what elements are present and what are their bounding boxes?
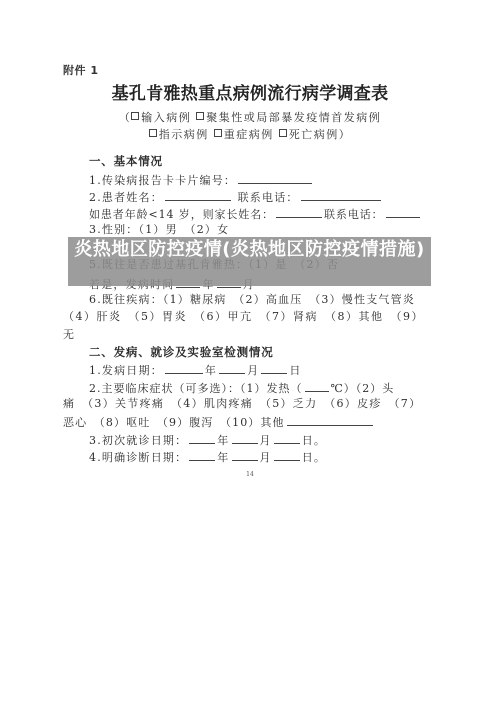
day-label: 日。 — [302, 451, 326, 464]
attachment-label: 附件 1 — [63, 64, 98, 78]
onset-date-day-field[interactable] — [261, 362, 287, 374]
overlay-banner-text: 炎热地区防控疫情(炎热地区防控疫情措施) — [74, 239, 424, 260]
checkbox-index-case[interactable] — [149, 129, 157, 137]
q6-prior-diseases-line-3: 无 — [63, 328, 75, 342]
overlay-banner: 炎热地区防控疫情(炎热地区防控疫情措施) — [68, 237, 431, 286]
case-type-line-2: 指示病例 重症病例 死亡病例） — [0, 128, 500, 142]
case-type-imported: 输入病例 — [141, 111, 191, 124]
symptoms-other-field[interactable] — [287, 414, 373, 426]
guardian-phone-field[interactable] — [386, 206, 420, 218]
guardian-name-field[interactable] — [276, 206, 322, 218]
first-visit-day-field[interactable] — [274, 432, 300, 444]
diagnosis-day-field[interactable] — [274, 449, 300, 461]
q2-symptoms-line-2: 痛 （3）关节疼痛 （4）肌肉疼痛 （5）乏力 （6）皮疹 （7） — [63, 397, 421, 411]
patient-phone-label: 联系电话： — [238, 191, 299, 204]
close-paren: ） — [339, 128, 352, 141]
diagnosis-month-field[interactable] — [232, 449, 258, 461]
checkbox-cluster-first-case[interactable] — [196, 112, 204, 120]
fever-unit-label: ℃）（2）头 — [331, 382, 395, 395]
page-title: 基孔肯雅热重点病例流行病学调查表 — [0, 84, 500, 104]
checkbox-severe-case[interactable] — [214, 129, 222, 137]
section-2-heading: 二、发病、就诊及实验室检测情况 — [89, 345, 274, 359]
case-type-death: 死亡病例 — [289, 128, 339, 141]
q2-minor-guardian: 如患者年龄<14 岁，则家长姓名：联系电话： — [89, 206, 422, 222]
onset-date-label: 1.发病日期： — [89, 364, 163, 377]
case-type-index: 指示病例 — [159, 128, 209, 141]
q2-symptoms-line-3: 恶心 （8）呕吐 （9）腹泻 （10）其他 — [63, 414, 375, 430]
q1-report-card-number: 1.传染病报告卡卡片编号： — [89, 172, 314, 188]
first-visit-label: 3.初次就诊日期： — [89, 434, 187, 447]
day-label: 日 — [289, 364, 301, 377]
month-label: 月 — [260, 434, 272, 447]
month-label: 月 — [247, 364, 259, 377]
checkbox-imported-case[interactable] — [131, 112, 139, 120]
onset-date-month-field[interactable] — [219, 362, 245, 374]
fever-temperature-field[interactable] — [305, 380, 329, 392]
onset-date-year-field[interactable] — [165, 362, 203, 374]
open-paren: （ — [119, 111, 132, 124]
year-label: 年 — [205, 364, 217, 377]
q6-prior-diseases-line-1: 6.既往疾病：（1）糖尿病 （2）高血压 （3）慢性支气管炎 — [89, 293, 415, 307]
checkbox-death-case[interactable] — [279, 129, 287, 137]
case-type-severe: 重症病例 — [224, 128, 274, 141]
q6-prior-diseases-line-2: （4）肝炎 （5）胃炎 （6）甲亢 （7）肾病 （8）其他 （9） — [63, 310, 424, 324]
patient-phone-field[interactable] — [301, 189, 381, 201]
document-page: 附件 1 基孔肯雅热重点病例流行病学调查表 （输入病例 聚集性或局部暴发疫情首发… — [0, 0, 500, 707]
q2-patient-name: 2.患者姓名： 联系电话： — [89, 189, 383, 205]
year-label: 年 — [217, 451, 229, 464]
symptoms-label: 2.主要临床症状（可多选）：（1）发热（ — [89, 382, 303, 395]
symptoms-other-label: 恶心 （8）呕吐 （9）腹泻 （10）其他 — [63, 416, 285, 429]
first-visit-month-field[interactable] — [232, 432, 258, 444]
q4-diagnosis-date: 4.明确诊断日期：年月日。 — [89, 449, 326, 465]
report-card-number-field[interactable] — [238, 172, 312, 184]
q1-label: 1.传染病报告卡卡片编号： — [89, 174, 236, 187]
day-label: 日。 — [302, 434, 326, 447]
q3-first-visit-date: 3.初次就诊日期：年月日。 — [89, 432, 326, 448]
page-number: 14 — [0, 471, 500, 478]
diagnosis-year-field[interactable] — [189, 449, 215, 461]
section-1-heading: 一、基本情况 — [89, 154, 163, 168]
q2-label: 2.患者姓名： — [89, 191, 163, 204]
q2-symptoms-line-1: 2.主要临床症状（可多选）：（1）发热（℃）（2）头 — [89, 380, 394, 396]
guardian-name-label: 如患者年龄<14 岁，则家长姓名： — [89, 208, 274, 221]
year-label: 年 — [217, 434, 229, 447]
month-label: 月 — [260, 451, 272, 464]
patient-name-field[interactable] — [165, 189, 231, 201]
q1-onset-date: 1.发病日期：年月日 — [89, 362, 302, 378]
diagnosis-date-label: 4.明确诊断日期： — [89, 451, 187, 464]
q3-gender: 3.性别：（1）男 （2）女 — [89, 223, 229, 237]
guardian-phone-label: 联系电话： — [324, 208, 384, 221]
first-visit-year-field[interactable] — [189, 432, 215, 444]
case-type-cluster-first: 聚集性或局部暴发疫情首发病例 — [206, 111, 381, 124]
case-type-line-1: （输入病例 聚集性或局部暴发疫情首发病例 — [0, 111, 500, 125]
